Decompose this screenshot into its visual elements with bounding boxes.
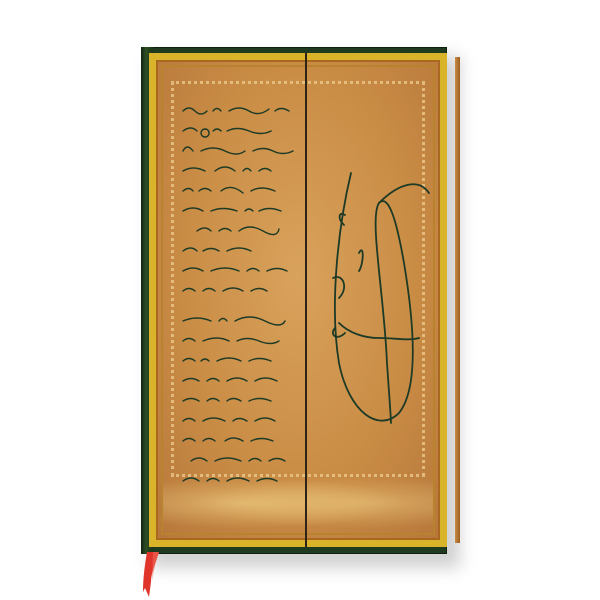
signature	[309, 163, 449, 443]
handwritten-manuscript	[177, 89, 305, 489]
flap-edge	[455, 57, 460, 543]
front-cover	[149, 53, 447, 547]
bookmark-ribbon	[143, 552, 159, 597]
notebook	[141, 47, 447, 554]
